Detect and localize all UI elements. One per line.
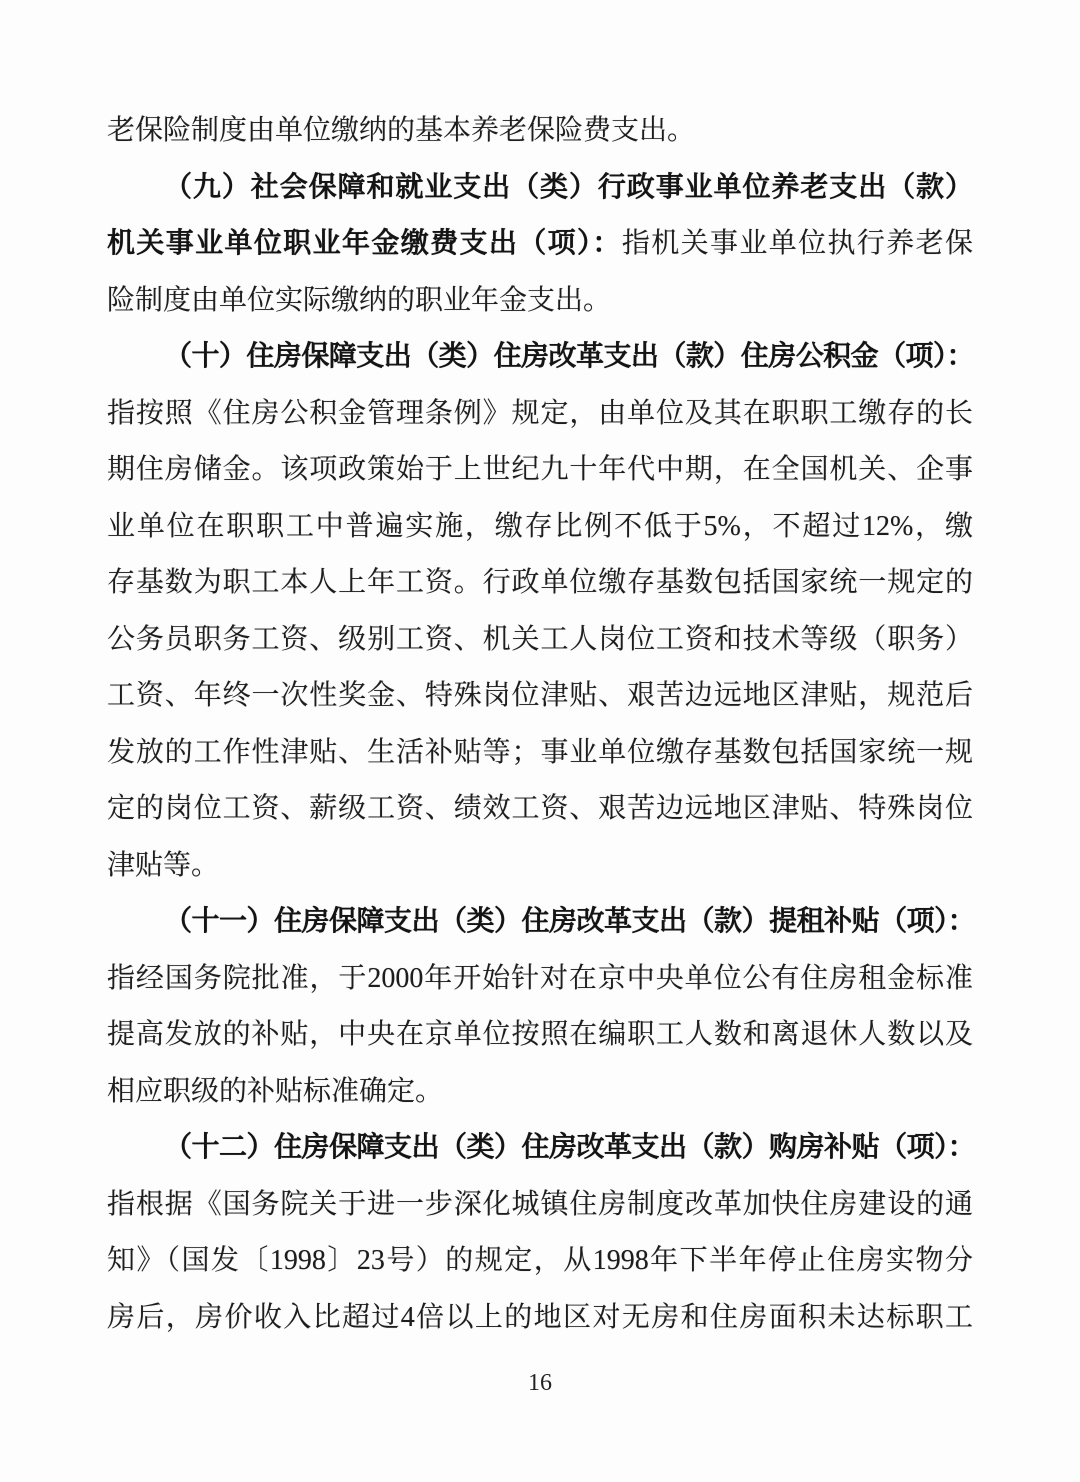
text-line: 存基数为职工本人上年工资。行政单位缴存基数包括国家统一规定的 xyxy=(107,555,973,612)
section-heading: （十二）住房保障支出（类）住房改革支出（款）购房补贴（项）： xyxy=(107,1120,973,1177)
text-line: 知》（国发〔1998〕23号）的规定，从1998年下半年停止住房实物分 xyxy=(107,1233,973,1290)
text-line: 指按照《住房公积金管理条例》规定，由单位及其在职职工缴存的长 xyxy=(107,386,973,443)
text-line: 工资、年终一次性奖金、特殊岗位津贴、艰苦边远地区津贴，规范后 xyxy=(107,668,973,725)
text-line: 公务员职务工资、级别工资、机关工人岗位工资和技术等级（职务） xyxy=(107,612,973,669)
text-line: 津贴等。 xyxy=(107,838,973,895)
section-heading: （十一）住房保障支出（类）住房改革支出（款）提租补贴（项）： xyxy=(107,894,973,951)
text-line: 险制度由单位实际缴纳的职业年金支出。 xyxy=(107,273,973,330)
text-line: 老保险制度由单位缴纳的基本养老保险费支出。 xyxy=(107,103,973,160)
text-line: 提高发放的补贴，中央在京单位按照在编职工人数和离退休人数以及 xyxy=(107,1007,973,1064)
section-heading: （九）社会保障和就业支出（类）行政事业单位养老支出（款） xyxy=(107,160,973,217)
section-heading: （十）住房保障支出（类）住房改革支出（款）住房公积金（项）： xyxy=(107,329,973,386)
page-number: 16 xyxy=(0,1368,1080,1398)
text-line: 指经国务院批准，于2000年开始针对在京中央单位公有住房租金标准 xyxy=(107,951,973,1008)
text-line: 发放的工作性津贴、生活补贴等；事业单位缴存基数包括国家统一规 xyxy=(107,725,973,782)
text-line: 相应职级的补贴标准确定。 xyxy=(107,1064,973,1121)
text-line: 定的岗位工资、薪级工资、绩效工资、艰苦边远地区津贴、特殊岗位 xyxy=(107,781,973,838)
text-line: 指根据《国务院关于进一步深化城镇住房制度改革加快住房建设的通 xyxy=(107,1177,973,1234)
text-line: 业单位在职职工中普遍实施，缴存比例不低于5%，不超过12%，缴 xyxy=(107,499,973,556)
text-line: 机关事业单位职业年金缴费支出（项）：指机关事业单位执行养老保 xyxy=(107,216,973,273)
document-page: 老保险制度由单位缴纳的基本养老保险费支出。 （九）社会保障和就业支出（类）行政事… xyxy=(0,0,1080,1482)
text-line: 期住房储金。该项政策始于上世纪九十年代中期，在全国机关、企事 xyxy=(107,442,973,499)
text-line: 房后，房价收入比超过4倍以上的地区对无房和住房面积未达标职工 xyxy=(107,1290,973,1347)
text-block: 老保险制度由单位缴纳的基本养老保险费支出。 （九）社会保障和就业支出（类）行政事… xyxy=(107,103,973,1346)
